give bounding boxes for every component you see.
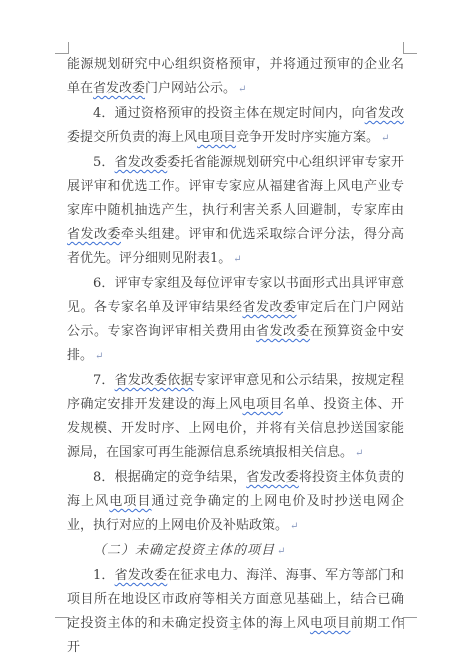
paragraph[interactable]: 能源规划研究中心组织资格预审，并将通过预审的企业名单在省发改委门户网站公示。↵ <box>67 53 404 102</box>
paragraph-mark-icon: ↵ <box>93 351 103 362</box>
spellcheck-wavy-text: 省发改委 <box>115 155 168 170</box>
paragraph-mark-icon: ↵ <box>379 133 389 144</box>
spellcheck-wavy-text: 省发改委 <box>115 568 168 583</box>
paragraph[interactable]: 5．省发改委委托省能源规划研究中心组织评审专家开展评审和优选工作。评审专家应从福… <box>67 151 404 272</box>
paragraph-mark-icon: ↵ <box>236 84 246 95</box>
paragraph[interactable]: 7．省发改委依据专家评审意见和公示结果，按规定程序确定安排开发建设的海上风电项目… <box>67 369 404 466</box>
paragraph[interactable]: 4．通过资格预审的投资主体在规定时间内，向省发改委提交所负责的海上风电项目竞争开… <box>67 102 404 151</box>
spellcheck-wavy-text: 省发改委 <box>67 227 121 242</box>
text-run: 4．通过资格预审的投资主体在规定时间内，向 <box>93 106 365 121</box>
spellcheck-wavy-text: 省发改委 <box>93 81 145 96</box>
text-run: 8．根据确定的竞争结果， <box>93 470 246 485</box>
text-run: 1． <box>93 568 115 583</box>
document-page: 能源规划研究中心组织资格预审，并将通过预审的企业名单在省发改委门户网站公示。↵4… <box>0 0 471 668</box>
document-text-area[interactable]: 能源规划研究中心组织资格预审，并将通过预审的企业名单在省发改委门户网站公示。↵4… <box>67 53 404 660</box>
spellcheck-wavy-text: 省发改委依据 <box>115 373 194 388</box>
spellcheck-wavy-text: 电项目 <box>242 397 283 412</box>
page-number: 5 <box>0 622 471 634</box>
paragraph-mark-icon: ↵ <box>353 448 363 459</box>
spellcheck-wavy-text: 省发改 <box>365 106 404 121</box>
spellcheck-wavy-text: 电项目 <box>109 494 151 509</box>
text-run: 委提交所负责的海上风 <box>67 130 197 145</box>
spellcheck-wavy-text: 省发改委 <box>256 324 310 339</box>
text-run: 门户网站公示。 <box>145 81 236 96</box>
text-run: （二）未确定投资主体的项目 <box>93 543 275 558</box>
paragraph-mark-icon: ↵ <box>231 254 241 265</box>
spellcheck-wavy-text: 省发改委 <box>246 470 299 485</box>
paragraph-mark-icon: ↵ <box>288 521 298 532</box>
spellcheck-wavy-text: 省发改委 <box>242 300 296 315</box>
paragraph[interactable]: 8．根据确定的竞争结果，省发改委将投资主体负责的海上风电项目通过竞争确定的上网电… <box>67 466 404 539</box>
text-run: 5． <box>93 155 115 170</box>
spellcheck-wavy-text: 电项目 <box>197 130 236 145</box>
paragraph[interactable]: 6．评审专家组及每位评审专家以书面形式出具评审意见。各专家名单及评审结果经省发改… <box>67 272 404 369</box>
section-heading[interactable]: （二）未确定投资主体的项目↵ <box>67 539 404 564</box>
paragraph[interactable]: 1．省发改委在征求电力、海洋、海事、军方等部门和项目所在地设区市政府等相关方面意… <box>67 564 404 660</box>
text-run: 竞争开发时序实施方案。 <box>236 130 379 145</box>
paragraph-mark-icon: ↵ <box>275 546 286 557</box>
text-run: 7． <box>93 373 115 388</box>
text-boundary-mark-top-right <box>403 42 417 54</box>
